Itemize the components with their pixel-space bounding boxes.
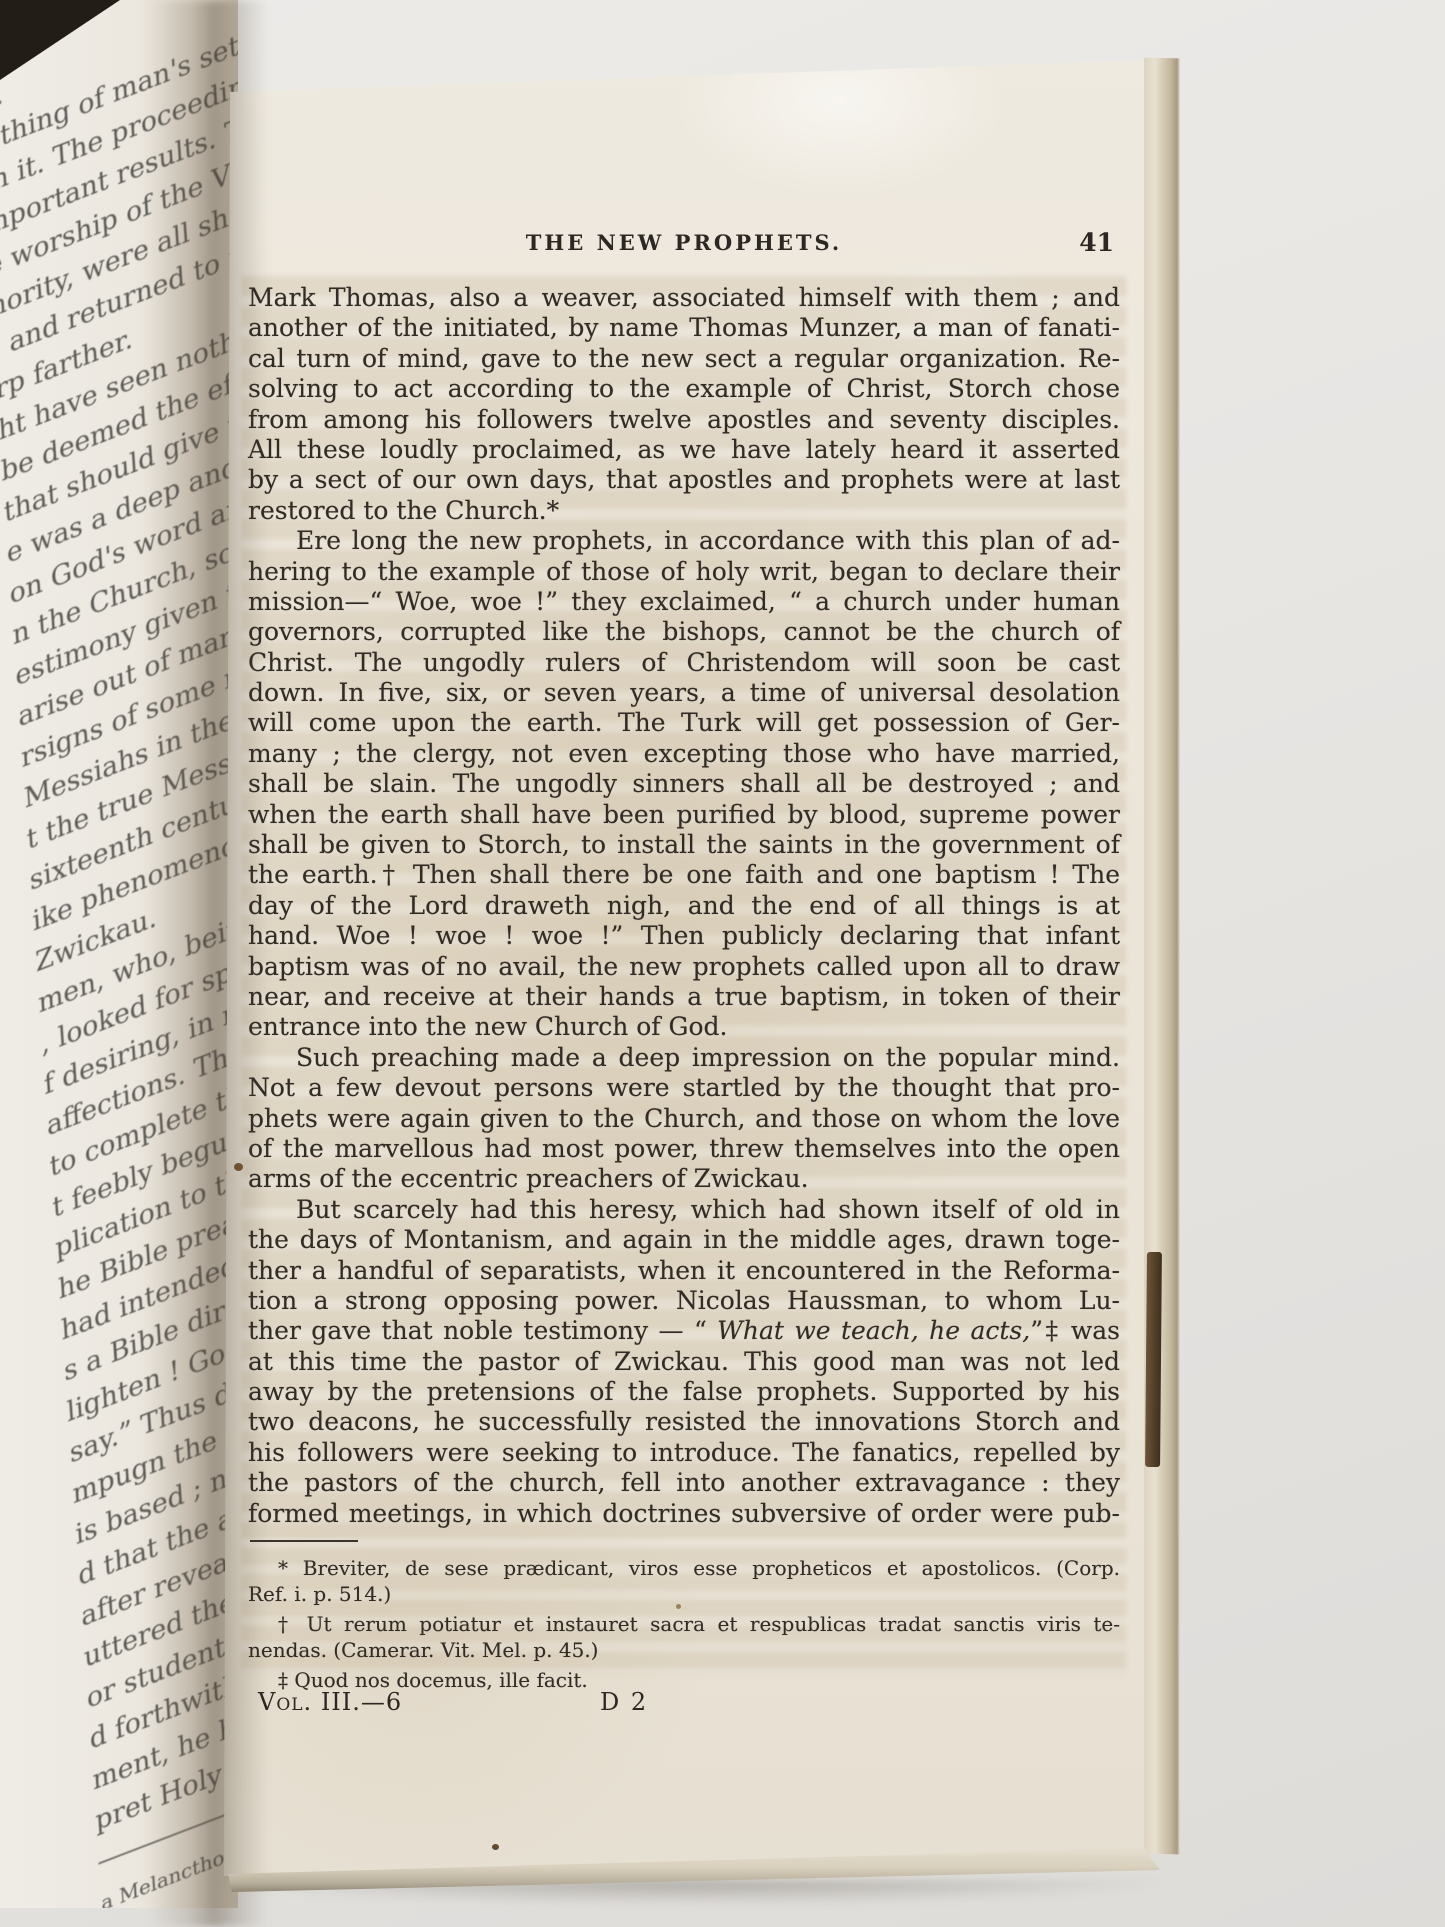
text-line: away by the pretensions of the false pro…: [248, 1377, 1120, 1407]
text-line: Such preaching made a deep impression on…: [248, 1043, 1120, 1073]
text-line: near, and receive at their hands a true …: [248, 982, 1120, 1012]
text-line: from among his followers twelve apostles…: [248, 405, 1120, 435]
text-line: when the earth shall have been purified …: [248, 800, 1120, 830]
book-photograph: w.s thing of man's settinth it. The proc…: [0, 0, 1445, 1927]
footnotes: * Breviter, de sese prædicant, viros ess…: [248, 1551, 1120, 1693]
text-line: by a sect of our own days, that apostles…: [248, 465, 1120, 495]
text-line: shall be slain. The ungodly sinners shal…: [248, 769, 1120, 799]
left-page-text: w.s thing of man's settinth it. The proc…: [0, 0, 238, 1908]
fore-edge-page-stack: [1144, 58, 1180, 1855]
text-line: solving to act according to the example …: [248, 374, 1120, 404]
signature-mark: D 2: [600, 1688, 648, 1716]
text-line: arms of the eccentric preachers of Zwick…: [248, 1164, 1120, 1194]
text-line: governors, corrupted like the bishops, c…: [248, 617, 1120, 647]
text-line: * Breviter, de sese prædicant, viros ess…: [248, 1555, 1120, 1581]
footnote-rule: [250, 1540, 358, 1542]
text-line: entrance into the new Church of God.: [248, 1012, 1120, 1042]
volume-line: Vol. III.—6: [258, 1688, 402, 1716]
text-line: ther a handful of separatists, when it e…: [248, 1256, 1120, 1286]
text-line: hering to the example of those of holy w…: [248, 557, 1120, 587]
text-line: All these loudly proclaimed, as we have …: [248, 435, 1120, 465]
text-line: will come upon the earth. The Turk will …: [248, 708, 1120, 738]
text-line: Ref. i. p. 514.): [248, 1581, 1120, 1607]
text-line: at this time the pastor of Zwickau. This…: [248, 1347, 1120, 1377]
text-line: Ere long the new prophets, in accordance…: [248, 526, 1120, 556]
text-line: † Ut rerum potiatur et instauret sacra e…: [248, 1611, 1120, 1637]
text-line: many ; the clergy, not even excepting th…: [248, 739, 1120, 769]
text-line: formed meetings, in which doctrines subv…: [248, 1499, 1120, 1529]
page-number: 41: [248, 228, 1120, 257]
stain-dot: [676, 1604, 681, 1609]
text-line: nendas. (Camerar. Vit. Mel. p. 45.): [248, 1637, 1120, 1663]
left-facing-page: w.s thing of man's settinth it. The proc…: [0, 0, 238, 1908]
text-line: another of the initiated, by name Thomas…: [248, 313, 1120, 343]
stain-dot: [492, 1844, 499, 1850]
text-line: down. In five, six, or seven years, a ti…: [248, 678, 1120, 708]
text-line: day of the Lord draweth nigh, and the en…: [248, 891, 1120, 921]
text-line: cal turn of mind, gave to the new sect a…: [248, 344, 1120, 374]
body-text: Mark Thomas, also a weaver, associated h…: [248, 283, 1120, 1529]
text-line: phets were again given to the Church, an…: [248, 1104, 1120, 1134]
text-line: two deacons, he successfully resisted th…: [248, 1407, 1120, 1437]
text-line: Christ. The ungodly rulers of Christendo…: [248, 648, 1120, 678]
text-line: tion a strong opposing power. Nicolas Ha…: [248, 1286, 1120, 1316]
text-line: the pastors of the church, fell into ano…: [248, 1468, 1120, 1498]
text-line: ther gave that noble testimony — “ What …: [248, 1316, 1120, 1346]
text-line: of the marvellous had most power, threw …: [248, 1134, 1120, 1164]
text-line: Not a few devout persons were startled b…: [248, 1073, 1120, 1103]
text-line: mission—“ Woe, woe !” they exclaimed, “ …: [248, 587, 1120, 617]
text-line: baptism was of no avail, the new prophet…: [248, 952, 1120, 982]
text-line: But scarcely had this heresy, which had …: [248, 1195, 1120, 1225]
text-line: hand. Woe ! woe ! woe !” Then publicly d…: [248, 921, 1120, 951]
text-line: the days of Montanism, and again in the …: [248, 1225, 1120, 1255]
stain-dot: [234, 1163, 243, 1171]
text-line: restored to the Church.*: [248, 496, 1120, 526]
text-line: shall be given to Storch, to install the…: [248, 830, 1120, 860]
text-line: his followers were seeking to introduce.…: [248, 1438, 1120, 1468]
text-line: the earth.† Then shall there be one fait…: [248, 860, 1120, 890]
board-edge-sliver: [1145, 1252, 1162, 1467]
text-line: Mark Thomas, also a weaver, associated h…: [248, 283, 1120, 313]
